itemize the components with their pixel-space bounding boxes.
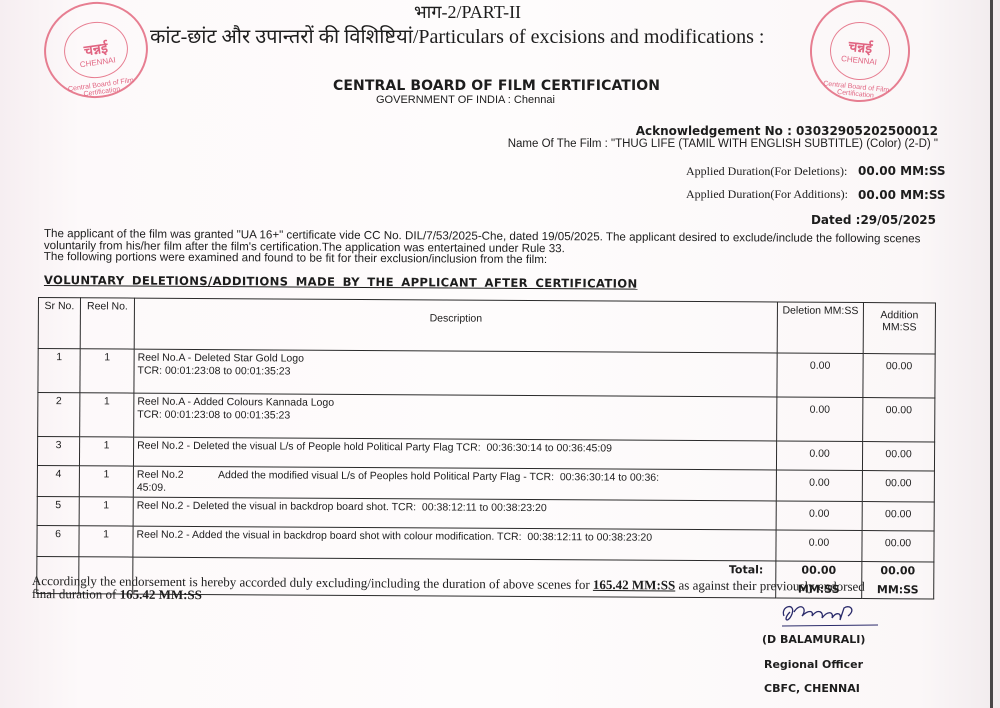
- description-line: TCR: 00:01:23:08 to 00:01:35:23: [137, 408, 773, 424]
- total-addition-unit: MM:SS: [865, 583, 930, 596]
- dated: Dated :29/05/2025: [811, 213, 936, 227]
- sr-no-cell: 1: [38, 349, 80, 393]
- applied-deletions-label: Applied Duration(For Deletions):: [686, 164, 847, 179]
- endorsement-text-2: as against their previously endorsed: [675, 577, 865, 593]
- description-cell: Reel No.A - Added Colours Kannada LogoTC…: [134, 393, 777, 441]
- applied-additions-value: 00.00 MM:SS: [858, 188, 946, 202]
- reel-no-cell: 1: [79, 466, 133, 497]
- signatory-title: Regional Officer: [764, 658, 863, 671]
- deletion-cell: 0.00: [776, 441, 862, 471]
- modifications-table: Sr No. Reel No. Description Deletion MM:…: [36, 297, 936, 599]
- government-subtitle: GOVERNMENT OF INDIA : Chennai: [376, 94, 555, 106]
- reel-no-cell: 1: [79, 497, 133, 526]
- addition-cell: 00.00: [862, 471, 934, 502]
- description-cell: Reel No.2 - Added the visual in backdrop…: [133, 526, 776, 561]
- signatory-name: (D BALAMURALI): [762, 633, 865, 646]
- description-line: Reel No.2 - Deleted the visual in backdr…: [137, 500, 773, 516]
- addition-cell: 00.00: [862, 442, 934, 471]
- reel-no-cell: 1: [79, 437, 133, 466]
- table-header-row: Sr No. Reel No. Description Deletion MM:…: [38, 298, 935, 354]
- endorsement-paragraph: Accordingly the endorsement is hereby ac…: [32, 574, 865, 606]
- total-addition-value: 00.00: [865, 564, 930, 577]
- description-line: Reel No.2 - Added the visual in backdrop…: [137, 529, 773, 545]
- addition-cell: 00.00: [863, 398, 935, 442]
- addition-cell: 00.00: [862, 531, 934, 562]
- header-description: Description: [134, 298, 777, 353]
- description-cell: Reel No.2 Added the modified visual L/s …: [133, 466, 776, 501]
- final-duration: 165.42 MM:SS: [120, 587, 202, 603]
- deletion-cell: 0.00: [776, 470, 862, 502]
- endorsement-duration: 165.42 MM:SS: [593, 577, 675, 593]
- acknowledgement-number: Acknowledgement No : 03032905202500012: [636, 124, 938, 138]
- description-line: TCR: 00:01:23:08 to 00:01:35:23: [138, 364, 774, 380]
- description-line: 45:09.: [137, 481, 773, 497]
- sr-no-cell: 6: [37, 525, 79, 556]
- signatory-office: CBFC, CHENNAI: [764, 682, 860, 695]
- part-heading: भाग-2/PART-II: [414, 0, 521, 24]
- addition-cell: 00.00: [863, 354, 935, 398]
- applied-additions-label: Applied Duration(For Additions):: [686, 187, 848, 202]
- particulars-heading: कांट-छांट और उपान्तरों की विशिष्टियां/Pa…: [150, 22, 764, 49]
- description-cell: Reel No.A - Deleted Star Gold LogoTCR: 0…: [134, 349, 777, 397]
- reel-no-cell: 1: [80, 393, 134, 437]
- header-deletion: Deletion MM:SS: [777, 302, 863, 354]
- description-cell: Reel No.2 - Deleted the visual L/s of Pe…: [133, 437, 776, 470]
- header-sr-no: Sr No.: [38, 298, 80, 349]
- intro-paragraph: The applicant of the film was granted "U…: [44, 228, 921, 268]
- addition-cell: 00.00: [862, 502, 934, 531]
- header-reel-no: Reel No.: [80, 298, 134, 349]
- endorsement-text-3: final duration of: [32, 586, 120, 602]
- sr-no-cell: 2: [38, 393, 80, 437]
- film-name: Name Of The Film : "THUG LIFE (TAMIL WIT…: [508, 138, 938, 150]
- sr-no-cell: 5: [37, 496, 79, 525]
- sr-no-cell: 4: [37, 465, 79, 496]
- sr-no-cell: 3: [37, 437, 79, 466]
- table-row: 21Reel No.A - Added Colours Kannada Logo…: [38, 393, 935, 442]
- deletion-cell: 0.00: [776, 501, 862, 531]
- signature: [778, 598, 883, 630]
- total-deletion-value: 00.00: [779, 564, 858, 577]
- description-line: Reel No.2 - Deleted the visual L/s of Pe…: [137, 440, 773, 456]
- total-addition: 00.00 MM:SS: [862, 562, 934, 599]
- board-title: CENTRAL BOARD OF FILM CERTIFICATION: [333, 78, 660, 94]
- applied-deletions-value: 00.00 MM:SS: [858, 164, 946, 178]
- reel-no-cell: 1: [80, 349, 134, 393]
- table-row: 11Reel No.A - Deleted Star Gold LogoTCR:…: [38, 349, 935, 398]
- deletion-cell: 0.00: [776, 530, 862, 562]
- deletion-cell: 0.00: [777, 397, 863, 442]
- header-addition: Addition MM:SS: [863, 303, 935, 354]
- deletion-cell: 0.00: [777, 353, 863, 398]
- description-cell: Reel No.2 - Deleted the visual in backdr…: [133, 497, 776, 530]
- page-edge: [990, 0, 993, 708]
- reel-no-cell: 1: [79, 526, 133, 557]
